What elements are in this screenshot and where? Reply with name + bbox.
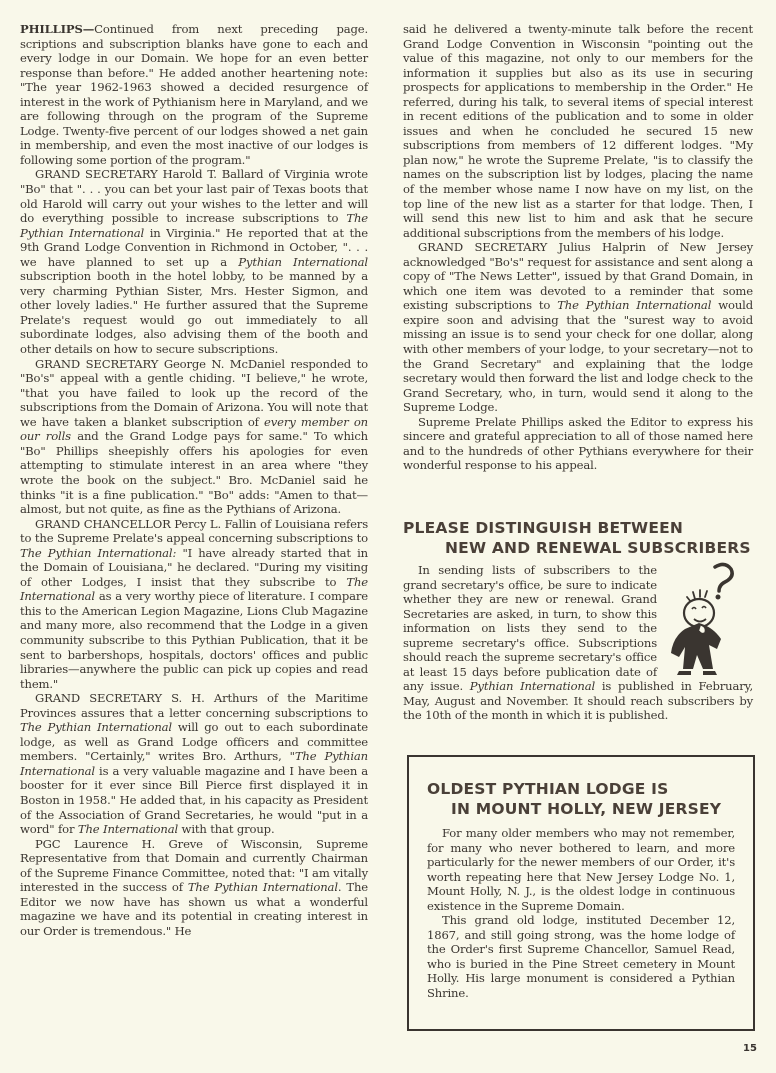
notice-body: In sending lists of subscribers to the g… (403, 563, 753, 723)
page-number: 15 (743, 1043, 757, 1054)
paragraph-continuation: PHILLIPS—Continued from next preceding p… (20, 22, 368, 167)
paragraph-ballard: GRAND SECRETARY Harold T. Ballard of Vir… (20, 167, 368, 356)
box-body: For many older members who may not remem… (427, 826, 735, 1001)
magazine-page: PHILLIPS—Continued from next preceding p… (0, 0, 776, 1073)
paragraph-halprin: GRAND SECRETARY Julius Halprin of New Je… (403, 240, 753, 415)
paragraph-arthurs: GRAND SECRETARY S. H. Arthurs of the Mar… (20, 691, 368, 836)
box-heading: OLDEST PYTHIAN LODGE IS IN MOUNT HOLLY, … (427, 779, 735, 819)
subscriber-notice: PLEASE DISTINGUISH BETWEEN NEW AND RENEW… (403, 518, 753, 723)
paragraph-greve-continued: said he delivered a twenty-minute talk b… (403, 22, 753, 240)
paragraph-fallin: GRAND CHANCELLOR Percy L. Fallin of Loui… (20, 517, 368, 692)
paragraph-greve: PGC Laurence H. Greve of Wisconsin, Supr… (20, 837, 368, 939)
paragraph-mcdaniel: GRAND SECRETARY George N. McDaniel respo… (20, 357, 368, 517)
oldest-lodge-box: OLDEST PYTHIAN LODGE IS IN MOUNT HOLLY, … (407, 755, 755, 1031)
continuation-runin: PHILLIPS— (20, 22, 94, 36)
box-paragraph-1: For many older members who may not remem… (427, 826, 735, 913)
notice-heading: PLEASE DISTINGUISH BETWEEN NEW AND RENEW… (403, 518, 753, 558)
right-column: said he delivered a twenty-minute talk b… (403, 22, 753, 473)
cartoon-question-man-icon (665, 559, 753, 679)
paragraph-appreciation: Supreme Prelate Phillips asked the Edito… (403, 415, 753, 473)
box-paragraph-2: This grand old lodge, instituted Decembe… (427, 913, 735, 1000)
left-column: PHILLIPS—Continued from next preceding p… (20, 22, 368, 938)
